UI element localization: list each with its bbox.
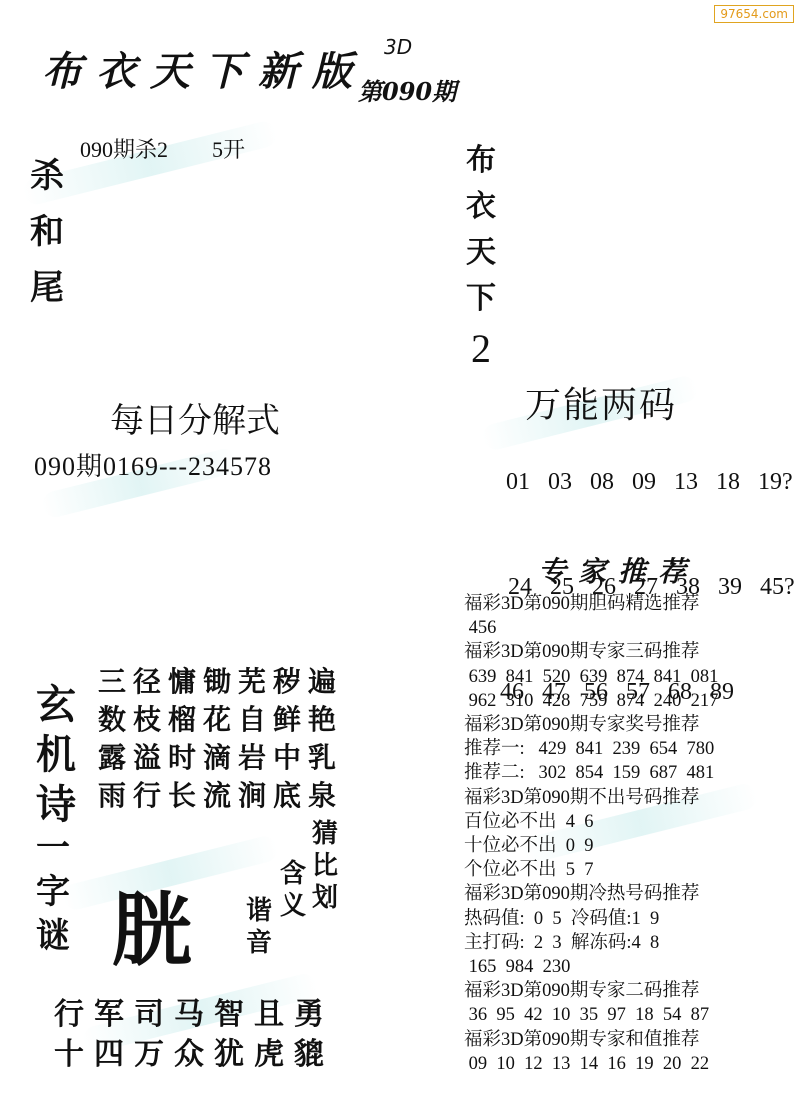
expert-line: 推荐一: 429 841 239 654 780 — [464, 737, 718, 761]
riddle-label-char: 一 — [36, 826, 70, 870]
expert-line: 福彩3D第090期专家二码推荐 — [464, 979, 718, 1003]
expert-line: 福彩3D第090期不出号码推荐 — [464, 786, 718, 810]
hint-char: 谐 — [246, 895, 272, 927]
side-char: 衣 — [466, 184, 496, 230]
code: 01 — [506, 469, 530, 495]
kill-line: 090期杀25开 — [80, 133, 245, 164]
code: 39 — [718, 574, 742, 600]
code: 45? — [760, 574, 795, 600]
poem-label-char: 诗 — [36, 780, 76, 830]
side-vertical-title: 布 衣 天 下 2 — [466, 138, 496, 372]
kill-label-char: 和 — [30, 204, 64, 260]
expert-line: 福彩3D第090期专家奖号推荐 — [464, 713, 718, 737]
mystic-poem: 三径慵锄芜秽遍 数枝榴花自鲜艳 露溢时滴岩中乳 雨行长流涧底泉 — [98, 663, 343, 815]
hint-char: 猜 — [312, 818, 338, 850]
mystic-poem-label: 玄 机 诗 — [36, 680, 76, 830]
expert-line: 个位必不出 5 7 — [464, 858, 718, 882]
expert-line: 福彩3D第090期胆码精选推荐 — [464, 592, 718, 616]
hint-char: 义 — [280, 890, 306, 922]
expert-line: 福彩3D第090期专家三码推荐 — [464, 640, 718, 664]
code-row: 01 03 08 09 13 18 19? — [482, 430, 795, 535]
side-char: 天 — [466, 230, 496, 276]
daily-decomposition-title: 每日分解式 — [110, 393, 280, 442]
hint-char: 划 — [312, 882, 338, 914]
riddle-label-char: 谜 — [36, 914, 70, 958]
hint-homophone: 谐 音 — [246, 895, 272, 959]
poem-line: 数枝榴花自鲜艳 — [98, 701, 343, 739]
kill-label-char: 杀 — [30, 148, 64, 204]
game-label: 3D — [384, 35, 412, 59]
poem-label-char: 机 — [36, 730, 76, 780]
universal-two-codes-title: 万能两码 — [525, 377, 677, 428]
riddle-label: 一 字 谜 — [36, 826, 70, 958]
expert-line: 639 841 520 639 874 841 081 — [464, 665, 718, 689]
code: 18 — [716, 469, 740, 495]
expert-line: 推荐二: 302 854 159 687 481 — [464, 761, 718, 785]
hint-char: 音 — [246, 927, 272, 959]
poem-line: 露溢时滴岩中乳 — [98, 739, 343, 777]
expert-line: 热码值: 0 5 冷码值:1 9 — [464, 907, 718, 931]
kill-text: 090期杀2 — [80, 137, 168, 162]
hint-meaning: 含 义 — [280, 858, 306, 922]
poem-label-char: 玄 — [36, 680, 76, 730]
side-number: 2 — [471, 326, 491, 372]
side-char: 下 — [466, 276, 496, 322]
page-title: 布衣天下新版 — [42, 40, 366, 97]
expert-line: 福彩3D第090期冷热号码推荐 — [464, 882, 718, 906]
site-watermark-badge: 97654.com — [714, 5, 794, 23]
hint-guess-strokes: 猜 比 划 — [312, 818, 338, 914]
expert-line: 456 — [464, 616, 718, 640]
poem-line: 三径慵锄芜秽遍 — [98, 663, 343, 701]
expert-line: 主打码: 2 3 解冻码:4 8 — [464, 931, 718, 955]
issue-number: 第090期 — [358, 72, 456, 107]
riddle-character: 胱 — [112, 866, 192, 981]
code: 09 — [632, 469, 656, 495]
kill-vertical-label: 杀 和 尾 — [30, 148, 64, 316]
expert-line: 百位必不出 4 6 — [464, 810, 718, 834]
expert-title: 专家推荐 — [538, 550, 698, 590]
code: 13 — [674, 469, 698, 495]
bottom-verse: 行军司马智且勇 十四万众犹虎貔 — [54, 995, 334, 1075]
expert-line: 09 10 12 13 14 16 19 20 22 — [464, 1052, 718, 1076]
code: 19? — [758, 469, 793, 495]
kill-label-char: 尾 — [30, 260, 64, 316]
expert-line: 165 984 230 — [464, 955, 718, 979]
hint-char: 含 — [280, 858, 306, 890]
daily-decomposition-formula: 090期0169---234578 — [34, 446, 272, 483]
code: 08 — [590, 469, 614, 495]
verse-line: 十四万众犹虎貔 — [54, 1035, 334, 1075]
open-text: 5开 — [212, 137, 245, 162]
code: 03 — [548, 469, 572, 495]
riddle-label-char: 字 — [36, 870, 70, 914]
verse-line: 行军司马智且勇 — [54, 995, 334, 1035]
expert-line: 福彩3D第090期专家和值推荐 — [464, 1028, 718, 1052]
expert-line: 962 310 428 759 874 240 217 — [464, 689, 718, 713]
poem-line: 雨行长流涧底泉 — [98, 777, 343, 815]
expert-line: 36 95 42 10 35 97 18 54 87 — [464, 1003, 718, 1027]
hint-char: 比 — [312, 850, 338, 882]
side-char: 布 — [466, 138, 496, 184]
expert-line: 十位必不出 0 9 — [464, 834, 718, 858]
expert-recommendations: 福彩3D第090期胆码精选推荐 456 福彩3D第090期专家三码推荐 639 … — [464, 592, 718, 1076]
